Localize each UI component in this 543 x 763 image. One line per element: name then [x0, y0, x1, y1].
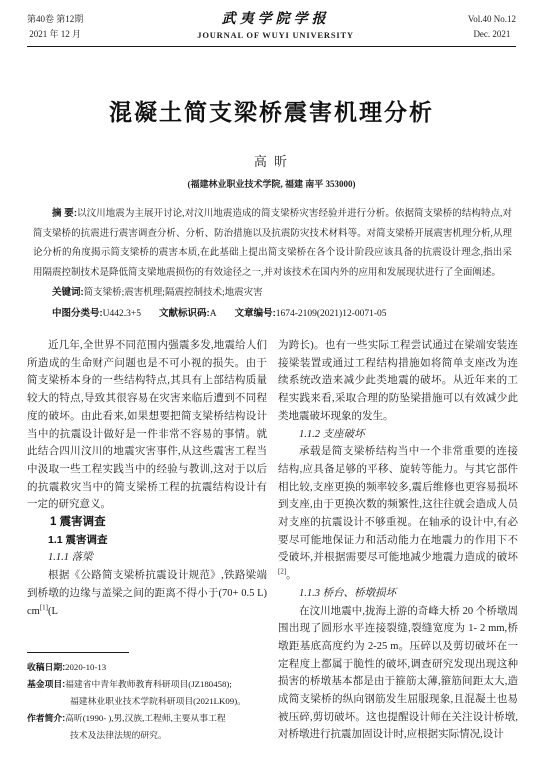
abstract-paragraph: 摘 要:以汶川地震为主展开讨论,对汶川地震造成的简支梁桥灾害经验并进行分析。依据… [33, 204, 512, 283]
fund-line-2: 福建林业职业技术学院科研项目(2021LK09)。 [27, 693, 271, 710]
bearing-damage-text: 承载是简支梁桥结构当中一个非常重要的连接结构,应具备足够的平移、旋转等能力。与其… [278, 446, 518, 563]
footnote-block: 收稿日期:2020-10-13 基金项目:福建省中青年教师教育科研项目(JZ18… [27, 652, 271, 744]
journal-header: 第40卷 第12期 2021 年 12 月 武夷学院学报 JOURNAL OF … [27, 12, 516, 42]
volume-issue-en-block: Vol.40 No.12 Dec. 2021 [468, 12, 516, 42]
girder-fall-continuation: 为跨长)。也有一些实际工程尝试通过在梁端安装连接梁装置或通过工程结构措施如将简单… [278, 337, 518, 426]
classification-line: 中图分类号:U442.3+5文献标识码:A文章编号:1674-2109(2021… [33, 304, 512, 325]
section-heading-1: 1 震害调查 [27, 514, 267, 532]
bio-line-1: 作者简介:高昕(1990- ),男,汉族,工程师,主要从事工程 [27, 710, 271, 727]
girder-fall-text: 根据《公路简支梁桥抗震设计规范》,铁路梁端到桥墩的边缘与盖梁之间的距离不得小于(… [27, 570, 267, 616]
bio-label: 作者简介: [27, 713, 65, 723]
doc-code-label: 文献标识码: [159, 308, 210, 319]
bio-line-2: 技术及法律法规的研究。 [27, 727, 271, 744]
journal-title-en: JOURNAL OF WUYI UNIVERSITY [197, 28, 354, 42]
abstract-label: 摘 要: [52, 208, 77, 219]
keywords-text: 简支梁桥;震害机理;隔震控制技术;地震灾害 [84, 288, 263, 298]
received-date-value: 2020-10-13 [65, 662, 106, 672]
subsection-heading-1-1: 1.1 震害调查 [27, 532, 267, 550]
abstract-text: 以汶川地震为主展开讨论,对汶川地震造成的简支梁桥灾害经验并进行分析。依据简支梁桥… [33, 209, 512, 278]
clc-value: U442.3+5 [103, 309, 141, 319]
volume-issue-en: Vol.40 No.12 [468, 12, 516, 27]
subsubsection-heading-1-1-2: 1.1.2 支座破坏 [278, 426, 518, 444]
fund-value-2: 福建林业职业技术学院科研项目(2021LK09)。 [70, 696, 246, 706]
fund-line-1: 基金项目:福建省中青年教师教育科研项目(JZ180458); [27, 676, 271, 693]
author-name: 高 昕 [0, 151, 543, 170]
intro-paragraph: 近几年,全世界不同范围内强震多发,地震给人们所造成的生命财产问题也是不可小视的损… [27, 337, 267, 514]
fund-label: 基金项目: [27, 679, 65, 689]
issue-date-cn: 2021 年 12 月 [27, 27, 83, 42]
bearing-damage-text-cont: 。 [286, 570, 297, 581]
issue-date-en: Dec. 2021 [468, 27, 516, 42]
abstract-block: 摘 要:以汶川地震为主展开讨论,对汶川地震造成的简支梁桥灾害经验并进行分析。依据… [33, 204, 512, 324]
received-date-line: 收稿日期:2020-10-13 [27, 659, 271, 676]
journal-title-block: 武夷学院学报 JOURNAL OF WUYI UNIVERSITY [197, 12, 354, 42]
paper-page: 第40卷 第12期 2021 年 12 月 武夷学院学报 JOURNAL OF … [0, 0, 543, 763]
keywords-label: 关键词: [52, 287, 84, 298]
subsubsection-heading-1-1-3: 1.1.3 桥台、桥墩损坏 [278, 585, 518, 603]
right-column: 为跨长)。也有一些实际工程尝试通过在梁端安装连接梁装置或通过工程结构措施如将简单… [278, 337, 518, 744]
pier-damage-paragraph: 在汶川地震中,拢海上游的奇峰大桥 20 个桥墩周围出现了圆形水平连接裂缝,裂缝宽… [278, 603, 518, 745]
volume-issue-cn: 第40卷 第12期 [27, 12, 83, 27]
journal-title-cn: 武夷学院学报 [197, 12, 354, 28]
girder-fall-text-cont: (L [48, 606, 58, 617]
bio-value-2: 技术及法律法规的研究。 [70, 730, 167, 740]
article-id-value: 1674-2109(2021)12-0071-05 [276, 309, 387, 319]
clc-label: 中图分类号: [52, 308, 103, 319]
header-divider [27, 46, 516, 47]
bio-value-1: 高昕(1990- ),男,汉族,工程师,主要从事工程 [65, 713, 226, 723]
author-affiliation: (福建林业职业技术学院, 福建 南平 353000) [0, 177, 543, 190]
paper-title: 混凝土简支梁桥震害机理分析 [0, 94, 543, 127]
citation-ref-2: [2] [278, 568, 286, 576]
bearing-damage-paragraph: 承载是简支梁桥结构当中一个非常重要的连接结构,应具备足够的平移、旋转等能力。与其… [278, 443, 518, 585]
volume-issue-block: 第40卷 第12期 2021 年 12 月 [27, 12, 83, 42]
received-date-label: 收稿日期: [27, 662, 65, 672]
subsubsection-heading-1-1-1: 1.1.1 落梁 [27, 549, 267, 567]
girder-fall-paragraph: 根据《公路简支梁桥抗震设计规范》,铁路梁端到桥墩的边缘与盖梁之间的距离不得小于(… [27, 567, 267, 620]
keywords-line: 关键词:简支梁桥;震害机理;隔震控制技术;地震灾害 [33, 283, 512, 304]
footnote-divider [27, 652, 129, 653]
citation-ref-1: [1] [40, 603, 48, 611]
fund-value-1: 福建省中青年教师教育科研项目(JZ180458); [65, 679, 232, 689]
article-id-label: 文章编号: [235, 308, 276, 319]
doc-code-value: A [210, 309, 217, 319]
